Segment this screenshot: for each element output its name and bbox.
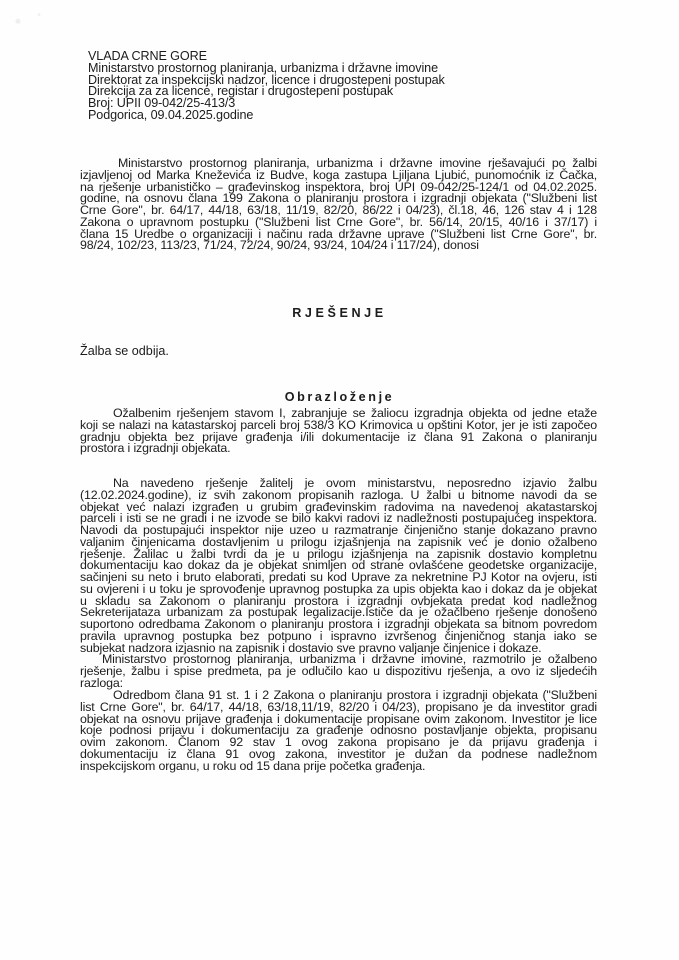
- reasoning-row: prostora i izgradnji objekata.: [80, 443, 597, 455]
- reasoning-row: inspekcijskom organu, u roku od 15 dana …: [80, 761, 597, 773]
- intro-paragraph: Ministarstvo prostornog planiranja, urba…: [80, 158, 597, 252]
- intro-row: 98/24, 102/23, 113/23, 71/24, 72/24, 90/…: [80, 240, 597, 252]
- decision-title: RJEŠENJE: [0, 306, 679, 320]
- reasoning-paragraph-2: Na navedeno rješenje žalitelj je ovom mi…: [80, 478, 597, 654]
- scan-artifact: [6, 8, 66, 30]
- reasoning-paragraph-3: Ministarstvo prostornog planiranja, urba…: [80, 654, 597, 689]
- reasoning-row: rješenje, žalbu i spise predmeta, pa je …: [80, 666, 597, 678]
- reasoning-paragraph-4: Odredbom člana 91 st. 1 i 2 Zakona o pla…: [80, 690, 597, 772]
- place-date: Podgorica, 09.04.2025.godine: [88, 110, 445, 122]
- document-header: VLADA CRNE GORE Ministarstvo prostornog …: [88, 51, 445, 122]
- decision-text: Žalba se odbija.: [80, 344, 169, 358]
- document-page: VLADA CRNE GORE Ministarstvo prostornog …: [0, 0, 679, 960]
- reasoning-paragraph-1: Ožalbenim rješenjem stavom I, zabranjuje…: [80, 408, 597, 455]
- reasoning-title: Obrazloženje: [0, 390, 679, 404]
